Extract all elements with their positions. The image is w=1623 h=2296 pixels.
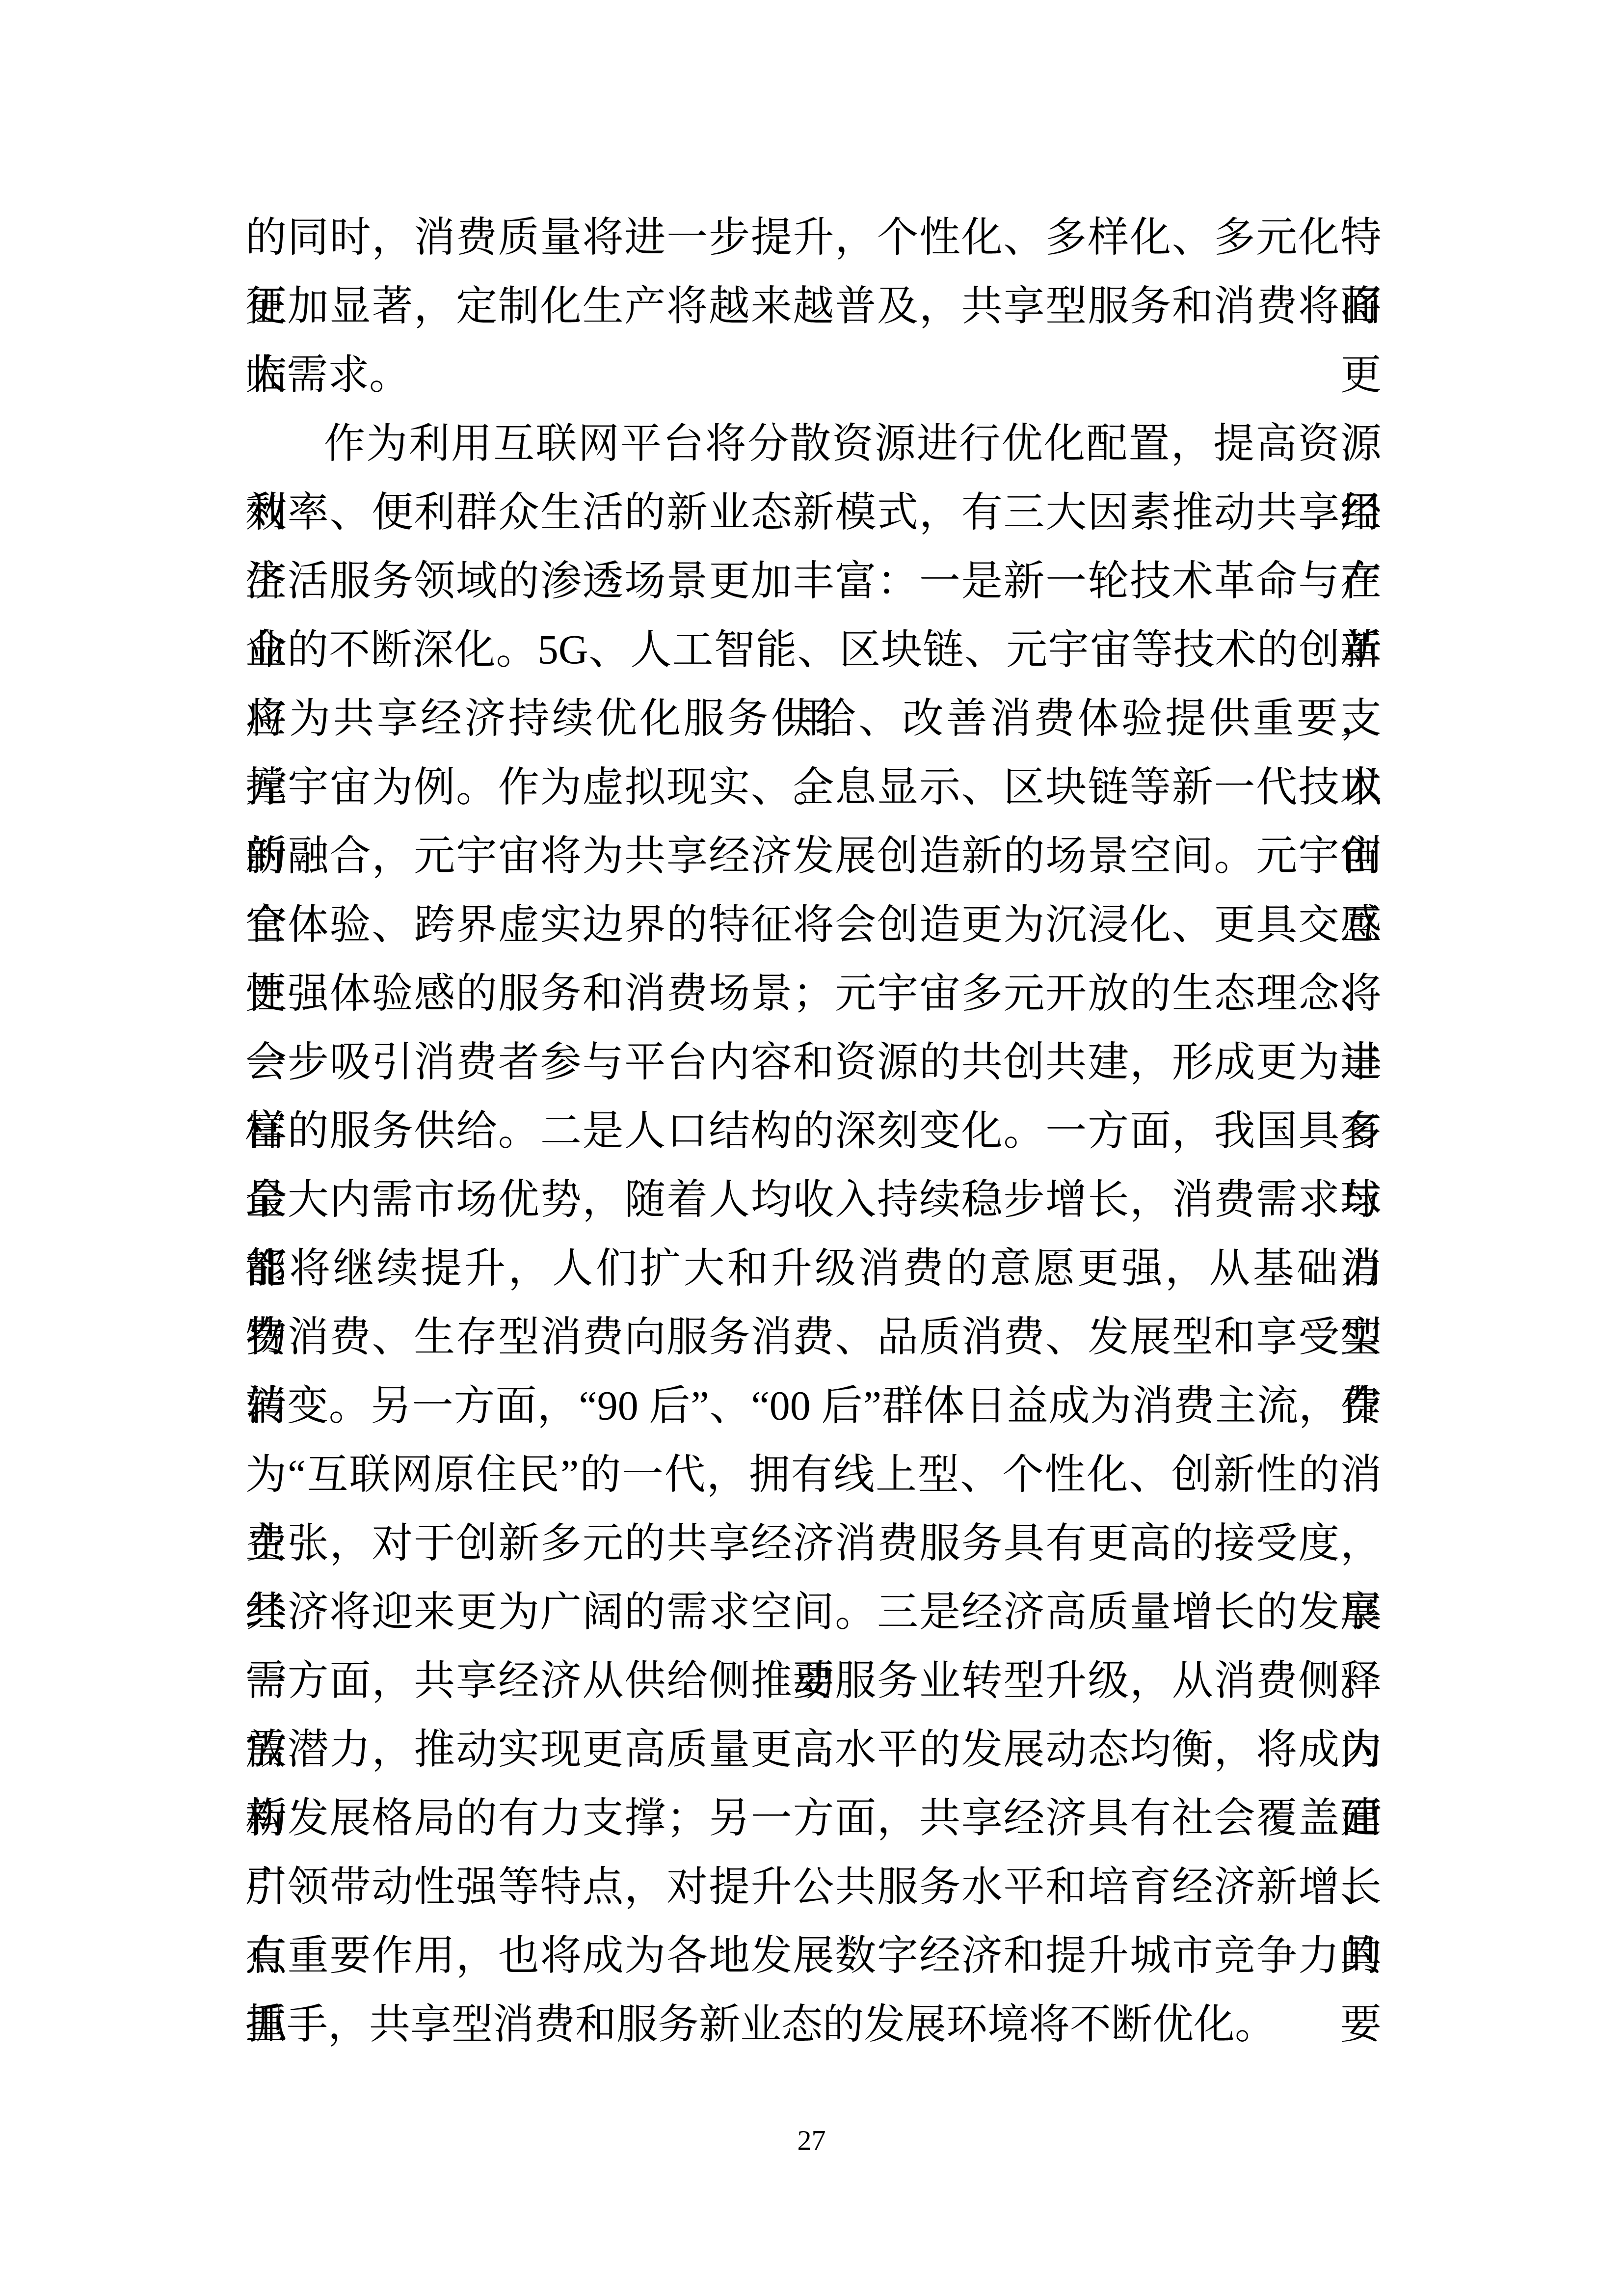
text-line: 的同时，消费质量将进一步提升，个性化、多样化、多元化特征将 xyxy=(245,204,1382,272)
text-line: 效率、便利群众生活的新业态新模式，有三大因素推动共享经济在 xyxy=(245,479,1382,547)
text-line: 有重要作用，也将成为各地发展数字经济和提升城市竞争力的重要 xyxy=(245,1922,1382,1991)
document-page: 的同时，消费质量将进一步提升，个性化、多样化、多元化特征将 更加显著，定制化生产… xyxy=(0,0,1623,2296)
text-line: 元宇宙为例。作为虚拟现实、全息显示、区块链等新一代技术的创 xyxy=(245,754,1382,822)
text-line: 引领带动性强等特点，对提升公共服务水平和培育经济新增长点具 xyxy=(245,1853,1382,1922)
text-line: 生活服务领域的渗透场景更加丰富：一是新一轮技术革命与产业革 xyxy=(245,547,1382,616)
text-line: 物消费、生存型消费向服务消费、品质消费、发展型和享受型消费 xyxy=(245,1303,1382,1372)
text-line: 主张，对于创新多元的共享经济消费服务具有更高的接受度，共享 xyxy=(245,1510,1382,1578)
body-text: 的同时，消费质量将进一步提升，个性化、多样化、多元化特征将 更加显著，定制化生产… xyxy=(245,204,1382,2059)
text-line: 作为利用互联网平台将分散资源进行优化配置，提高资源利用 xyxy=(245,410,1382,479)
text-line: 将为共享经济持续优化服务供给、改善消费体验提供重要支撑。以 xyxy=(245,685,1382,754)
text-line: 新发展格局的有力支撑；另一方面，共享经济具有社会覆盖面广、 xyxy=(245,1784,1382,1853)
text-line: 命的不断深化。5G、人工智能、区块链、元宇宙等技术的创新应用， xyxy=(245,616,1382,685)
text-line: 为“互联网原住民”的一代，拥有线上型、个性化、创新性的消费 xyxy=(245,1441,1382,1510)
text-line: 样的服务供给。二是人口结构的深刻变化。一方面，我国具有全球 xyxy=(245,1097,1382,1166)
text-line: 经济将迎来更为广阔的需求空间。三是经济高质量增长的发展需要。 xyxy=(245,1578,1382,1647)
text-line: 更强体验感的服务和消费场景；元宇宙多元开放的生态理念将会进 xyxy=(245,960,1382,1028)
text-line: 需潜力，推动实现更高质量更高水平的发展动态均衡，将成为构建 xyxy=(245,1716,1382,1784)
text-line: 新融合，元宇宙将为共享经济发展创造新的场景空间。元宇宙全感 xyxy=(245,822,1382,891)
text-line: 转变。另一方面，“90 后”、“00 后”群体日益成为消费主流，作 xyxy=(245,1372,1382,1441)
text-line: 一步吸引消费者参与平台内容和资源的共创共建，形成更为丰富多 xyxy=(245,1028,1382,1097)
text-line: 抓手，共享型消费和服务新业态的发展环境将不断优化。 xyxy=(245,1991,1382,2059)
page-number: 27 xyxy=(0,2118,1623,2162)
text-line: 最大内需市场优势，随着人均收入持续稳步增长，消费需求与能力 xyxy=(245,1166,1382,1235)
text-line: 一方面，共享经济从供给侧推动服务业转型升级，从消费侧释放内 xyxy=(245,1647,1382,1716)
text-line: 官体验、跨界虚实边界的特征将会创造更为沉浸化、更具交互性、 xyxy=(245,891,1382,960)
text-line: 都将继续提升，人们扩大和升级消费的意愿更强，从基础消费、实 xyxy=(245,1235,1382,1303)
text-line: 更加显著，定制化生产将越来越普及，共享型服务和消费将面临更 xyxy=(245,272,1382,341)
